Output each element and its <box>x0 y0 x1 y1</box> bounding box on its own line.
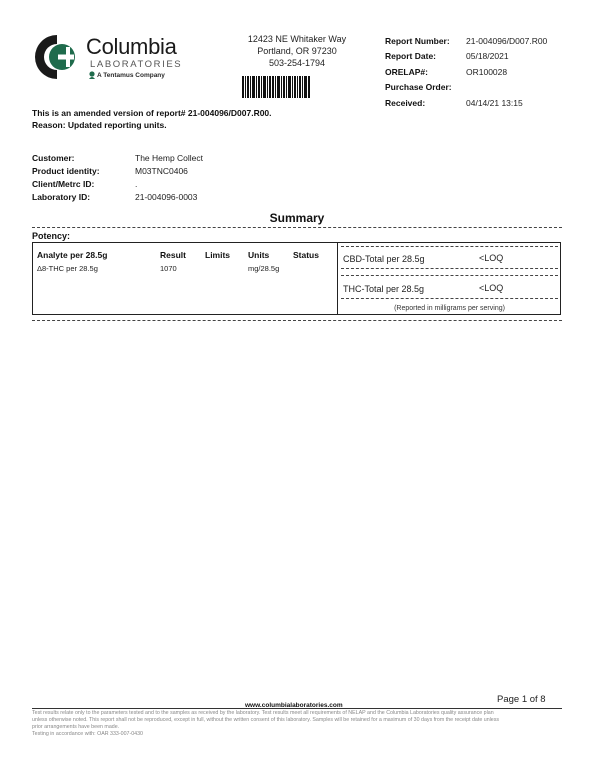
report-meta: Report Number: 21-004096/D007.R00 Report… <box>385 33 547 111</box>
summary-divider-top <box>32 227 562 228</box>
row-analyte: Δ8-THC per 28.5g <box>37 264 98 273</box>
thc-total-label: THC-Total per 28.5g <box>343 284 424 294</box>
amendment-reason: Reason: Updated reporting units. <box>32 120 272 132</box>
disclaimer-line: Test results relate only to the paramete… <box>32 710 562 717</box>
row-result: 1070 <box>160 264 177 273</box>
column-header-analyte: Analyte per 28.5g <box>37 250 107 260</box>
totals-divider <box>341 246 558 247</box>
amendment-notice: This is an amended version of report# 21… <box>32 108 272 131</box>
columbia-c-logo-icon <box>33 33 81 81</box>
reporting-units-note: (Reported in milligrams per serving) <box>339 305 560 312</box>
disclaimer-line: unless otherwise noted. This report shal… <box>32 717 562 724</box>
disclaimer-line: prior arrangements have been made. <box>32 724 562 731</box>
logo-name: Columbia <box>86 34 177 60</box>
sample-info: Customer: The Hemp Collect Product ident… <box>32 151 203 203</box>
lab-address: 12423 NE Whitaker Way Portland, OR 97230… <box>222 33 372 69</box>
meta-report-number: Report Number: 21-004096/D007.R00 <box>385 33 547 49</box>
disclaimer-line: Testing in accordance with: OAR 333-007-… <box>32 731 562 738</box>
potency-analyte-table: Analyte per 28.5g Result Limits Units St… <box>33 243 338 314</box>
column-header-limits: Limits <box>205 250 230 260</box>
totals-divider <box>341 268 558 269</box>
column-header-status: Status <box>293 250 319 260</box>
address-line2: Portland, OR 97230 <box>222 45 372 57</box>
meta-received: Received: 04/14/21 13:15 <box>385 95 547 111</box>
logo-tagline: A Tentamus Company <box>97 72 165 79</box>
totals-divider <box>341 298 558 299</box>
summary-divider-bottom <box>32 320 562 321</box>
footer-disclaimer: Test results relate only to the paramete… <box>32 710 562 738</box>
column-header-units: Units <box>248 250 269 260</box>
totals-divider <box>341 275 558 276</box>
footer-divider <box>32 708 562 709</box>
info-laboratory-id: Laboratory ID: 21-004096-0003 <box>32 190 203 203</box>
info-customer: Customer: The Hemp Collect <box>32 151 203 164</box>
column-header-result: Result <box>160 250 186 260</box>
meta-purchase-order: Purchase Order: <box>385 80 547 96</box>
info-product-identity: Product identity: M03TNC0406 <box>32 164 203 177</box>
potency-section-label: Potency: <box>32 231 70 241</box>
meta-orelap: ORELAP#: OR100028 <box>385 64 547 80</box>
tentamus-leaf-icon <box>88 71 96 80</box>
page-number: Page 1 of 8 <box>497 694 546 705</box>
potency-totals: CBD-Total per 28.5g <LOQ THC-Total per 2… <box>339 243 560 314</box>
address-phone: 503-254-1794 <box>222 57 372 69</box>
cbd-total-value: <LOQ <box>479 253 503 263</box>
row-units: mg/28.5g <box>248 264 279 273</box>
cbd-total-label: CBD-Total per 28.5g <box>343 254 425 264</box>
meta-report-date: Report Date: 05/18/2021 <box>385 49 547 65</box>
info-client-metrc-id: Client/Metrc ID: . <box>32 177 203 190</box>
amendment-line1: This is an amended version of report# 21… <box>32 108 272 120</box>
summary-title: Summary <box>230 211 364 225</box>
logo-subtitle: LABORATORIES <box>90 59 182 70</box>
company-logo: Columbia LABORATORIES A Tentamus Company <box>33 33 203 85</box>
potency-table: Analyte per 28.5g Result Limits Units St… <box>32 242 561 315</box>
barcode-icon <box>242 76 310 98</box>
thc-total-value: <LOQ <box>479 283 503 293</box>
address-line1: 12423 NE Whitaker Way <box>222 33 372 45</box>
